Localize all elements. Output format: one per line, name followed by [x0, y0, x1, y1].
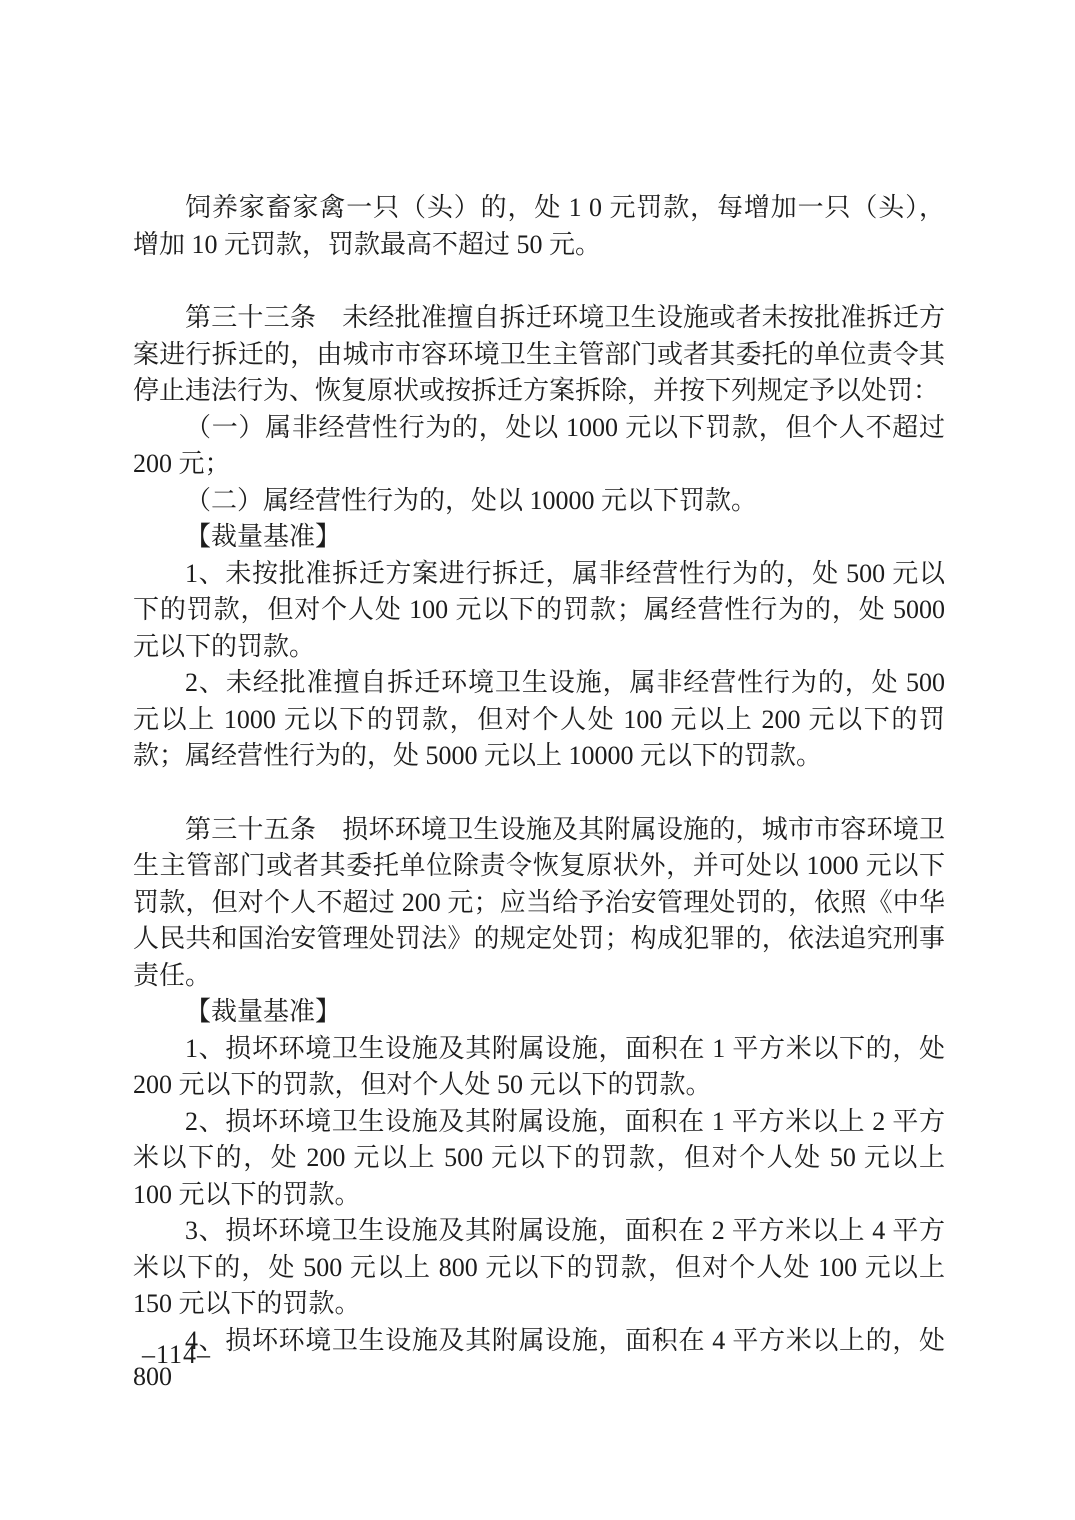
document-body: 饲养家畜家禽一只（头）的，处 1 0 元罚款，每增加一只（头），增加 10 元罚… [133, 190, 945, 1396]
para-article-33-item-2: （二）属经营性行为的，处以 10000 元以下罚款。 [133, 483, 945, 520]
para-standard-35-2: 2、损坏环境卫生设施及其附属设施，面积在 1 平方米以上 2 平方米以下的，处 … [133, 1104, 945, 1214]
para-article-35: 第三十五条 损坏环境卫生设施及其附属设施的，城市市容环境卫生主管部门或者其委托单… [133, 812, 945, 995]
page-number: –114– [142, 1340, 211, 1370]
para-article-33: 第三十三条 未经批准擅自拆迁环境卫生设施或者未按批准拆迁方案进行拆迁的，由城市市… [133, 300, 945, 410]
para-article-33-item-1: （一）属非经营性行为的，处以 1000 元以下罚款，但个人不超过 200 元； [133, 410, 945, 483]
para-keeping-livestock-penalty: 饲养家畜家禽一只（头）的，处 1 0 元罚款，每增加一只（头），增加 10 元罚… [133, 190, 945, 263]
para-discretion-basis-header-33: 【裁量基准】 [133, 519, 945, 556]
document-page: { "document": { "page_number": "–114–", … [0, 0, 1075, 1520]
para-standard-33-2: 2、未经批准擅自拆迁环境卫生设施，属非经营性行为的，处 500 元以上 1000… [133, 665, 945, 775]
page: 饲养家畜家禽一只（头）的，处 1 0 元罚款，每增加一只（头），增加 10 元罚… [0, 0, 1075, 1520]
para-standard-33-1: 1、未按批准拆迁方案进行拆迁，属非经营性行为的，处 500 元以下的罚款，但对个… [133, 556, 945, 666]
para-standard-35-3: 3、损坏环境卫生设施及其附属设施，面积在 2 平方米以上 4 平方米以下的，处 … [133, 1213, 945, 1323]
para-standard-35-1: 1、损坏环境卫生设施及其附属设施，面积在 1 平方米以下的，处 200 元以下的… [133, 1031, 945, 1104]
para-standard-35-4-truncated: 4、损坏环境卫生设施及其附属设施，面积在 4 平方米以上的，处 800 [133, 1323, 945, 1396]
para-discretion-basis-header-35: 【裁量基准】 [133, 994, 945, 1031]
